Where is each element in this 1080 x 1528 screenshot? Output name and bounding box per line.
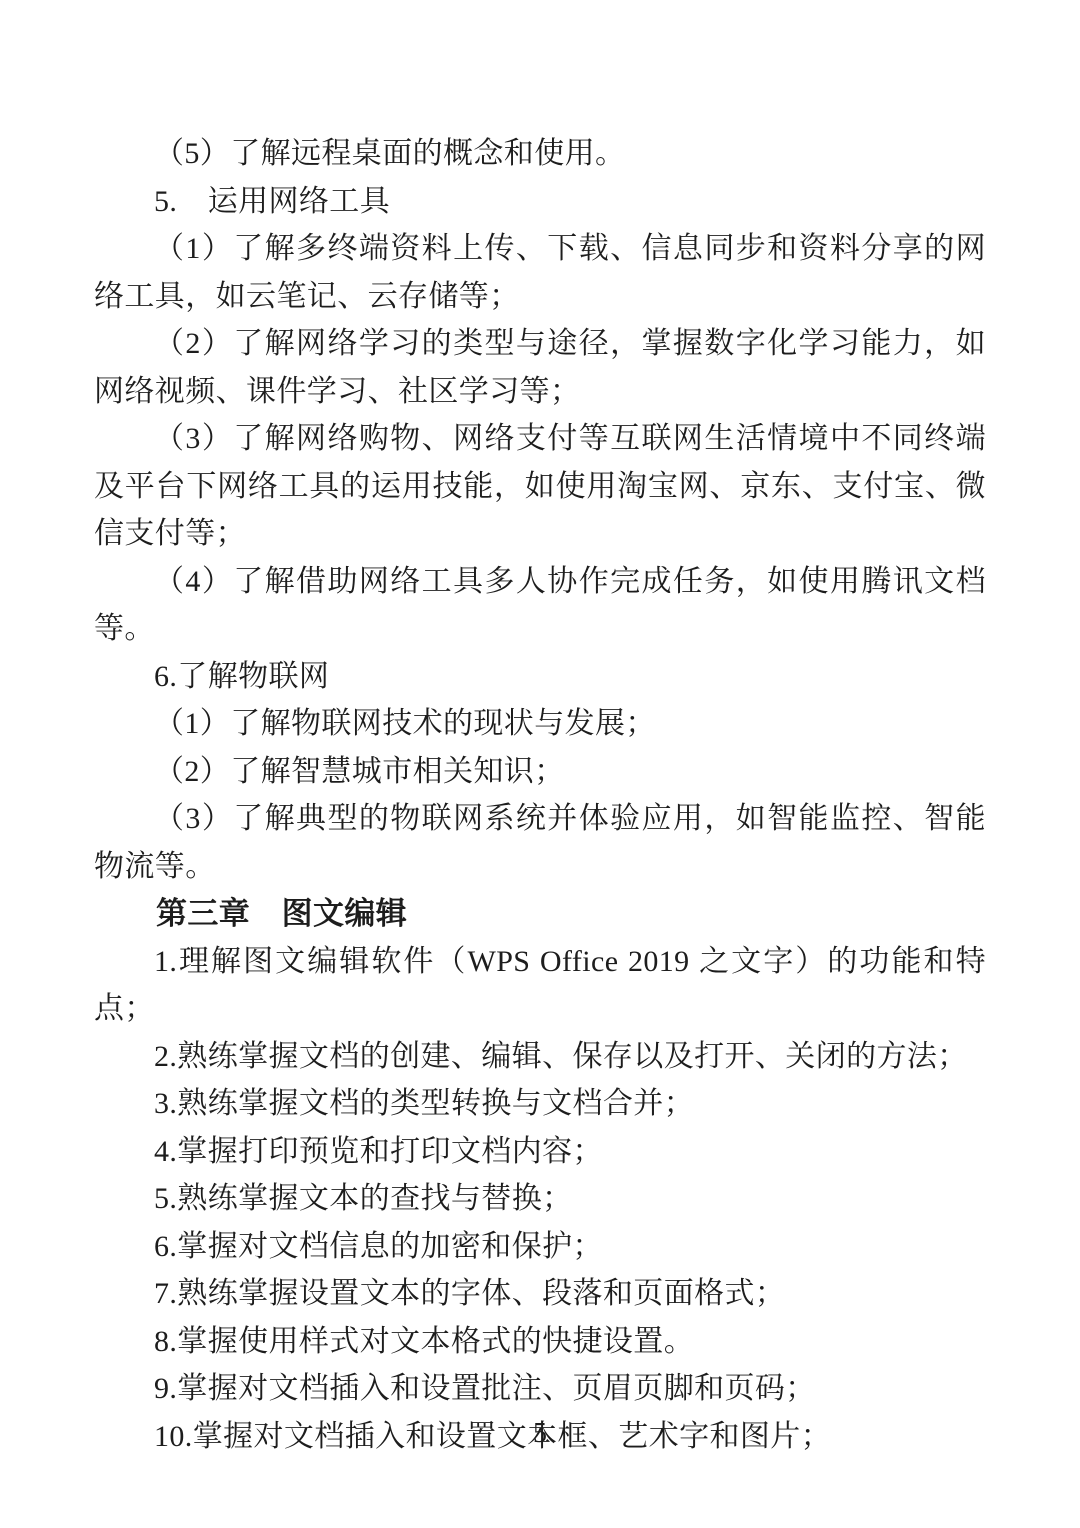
paragraph: （2）了解智慧城市相关知识； (94, 748, 986, 796)
paragraph: （5）了解远程桌面的概念和使用。 (94, 130, 986, 178)
list-item: 3.熟练掌握文档的类型转换与文档合并； (94, 1080, 986, 1128)
list-item: 9.掌握对文档插入和设置批注、页眉页脚和页码； (94, 1365, 986, 1413)
paragraph: （1）了解物联网技术的现状与发展； (94, 700, 986, 748)
list-item: 1.理解图文编辑软件（WPS Office 2019 之文字）的功能和特点； (94, 938, 986, 1033)
list-item: 4.掌握打印预览和打印文档内容； (94, 1128, 986, 1176)
paragraph: （3）了解典型的物联网系统并体验应用，如智能监控、智能物流等。 (94, 795, 986, 890)
page-number: 5 (533, 1418, 547, 1449)
section-heading: 第三章 图文编辑 (94, 890, 986, 938)
list-item: 6.了解物联网 (94, 653, 986, 701)
paragraph: （3）了解网络购物、网络支付等互联网生活情境中不同终端及平台下网络工具的运用技能… (94, 415, 986, 558)
document-page: （5）了解远程桌面的概念和使用。 5. 运用网络工具 （1）了解多终端资料上传、… (0, 0, 1080, 1528)
list-item: 5.熟练掌握文本的查找与替换； (94, 1175, 986, 1223)
paragraph: （4）了解借助网络工具多人协作完成任务，如使用腾讯文档等。 (94, 558, 986, 653)
list-item: 8.掌握使用样式对文本格式的快捷设置。 (94, 1318, 986, 1366)
list-item: 6.掌握对文档信息的加密和保护； (94, 1223, 986, 1271)
list-item: 7.熟练掌握设置文本的字体、段落和页面格式； (94, 1270, 986, 1318)
paragraph: （1）了解多终端资料上传、下载、信息同步和资料分享的网络工具，如云笔记、云存储等… (94, 225, 986, 320)
list-item: 2.熟练掌握文档的创建、编辑、保存以及打开、关闭的方法； (94, 1033, 986, 1081)
page-footer: 5 (0, 1418, 1080, 1450)
paragraph: （2）了解网络学习的类型与途径，掌握数字化学习能力，如网络视频、课件学习、社区学… (94, 320, 986, 415)
document-content: （5）了解远程桌面的概念和使用。 5. 运用网络工具 （1）了解多终端资料上传、… (94, 130, 986, 1460)
list-item: 5. 运用网络工具 (94, 178, 986, 226)
